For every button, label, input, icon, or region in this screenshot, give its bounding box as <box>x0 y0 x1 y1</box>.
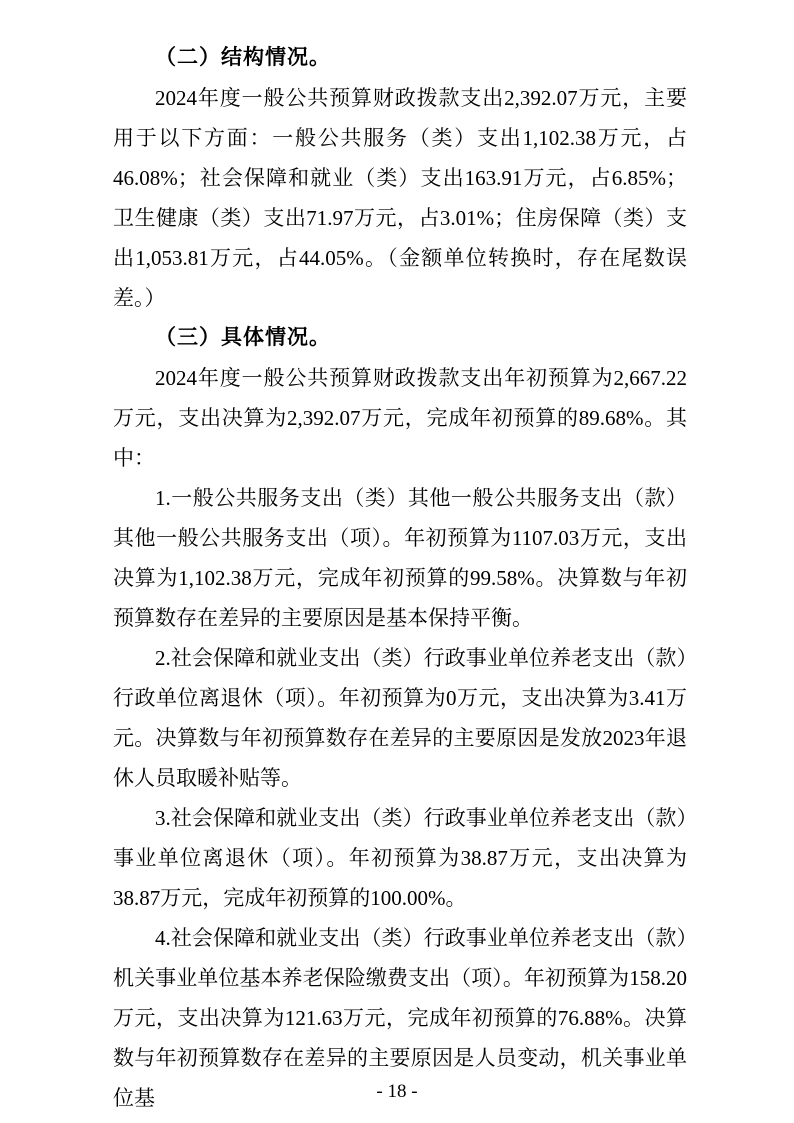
section-heading: （二）结构情况。 <box>113 38 687 78</box>
page-number: - 18 - <box>376 1081 417 1102</box>
document-body: （二）结构情况。2024年度一般公共预算财政拨款支出2,392.07万元，主要用… <box>113 38 687 1118</box>
document-page: { "page": { "background_color": "#ffffff… <box>0 0 794 1123</box>
paragraph: 1.一般公共服务支出（类）其他一般公共服务支出（款）其他一般公共服务支出（项）。… <box>113 478 687 638</box>
paragraph: 2.社会保障和就业支出（类）行政事业单位养老支出（款）行政单位离退休（项）。年初… <box>113 638 687 798</box>
paragraph: 2024年度一般公共预算财政拨款支出2,392.07万元，主要用于以下方面：一般… <box>113 78 687 318</box>
page-footer: - 18 - <box>0 1081 794 1103</box>
paragraph: 3.社会保障和就业支出（类）行政事业单位养老支出（款）事业单位离退休（项）。年初… <box>113 798 687 918</box>
paragraph: 2024年度一般公共预算财政拨款支出年初预算为2,667.22万元，支出决算为2… <box>113 358 687 478</box>
section-heading: （三）具体情况。 <box>113 318 687 358</box>
